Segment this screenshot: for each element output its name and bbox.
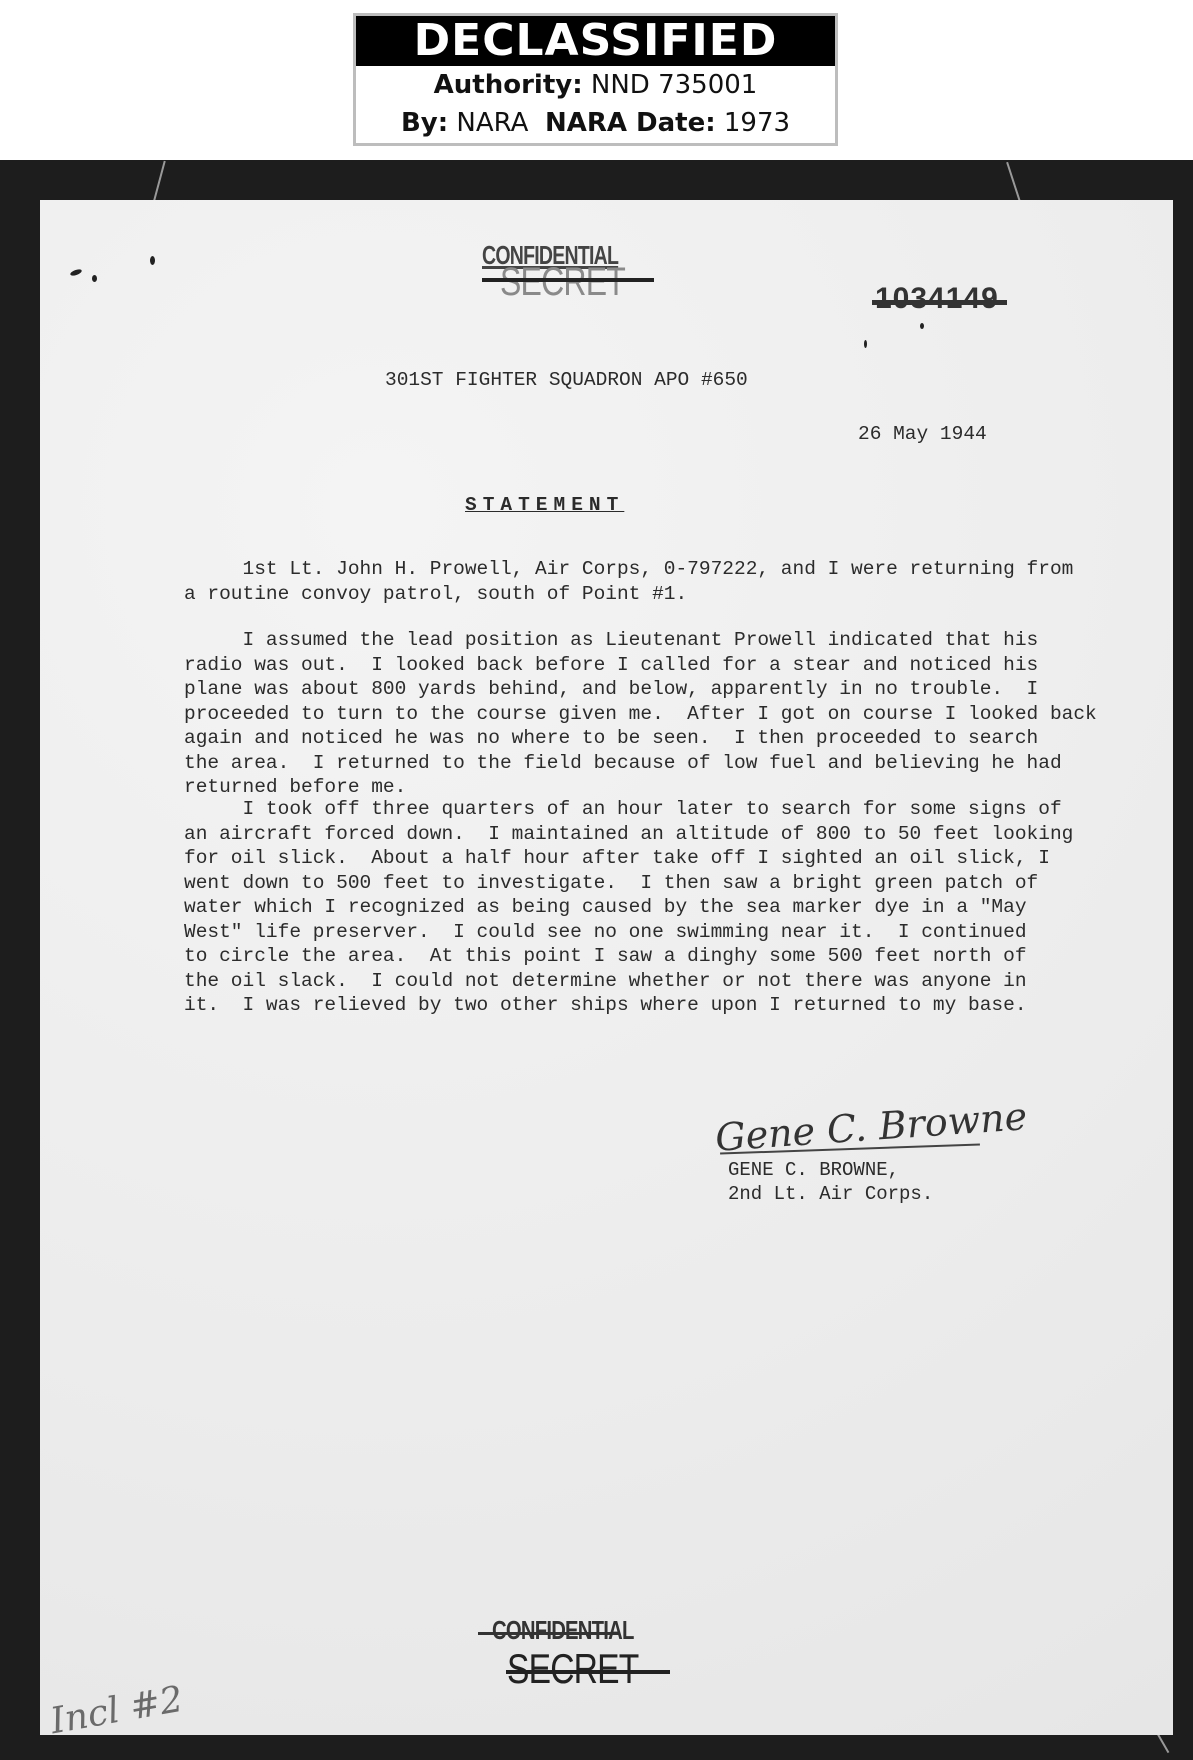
strikethrough-line: [478, 1632, 620, 1635]
by-value: NARA: [456, 108, 528, 138]
declassified-banner: DECLASSIFIED Authority: NND 735001 By: N…: [353, 13, 838, 146]
document-paper: CONFIDENTIAL SECRET 1034149 301ST FIGHTE…: [40, 200, 1173, 1735]
strikethrough-line: [506, 1670, 670, 1674]
nara-date-label: NARA Date:: [545, 108, 716, 138]
secret-stamp-bottom: SECRET: [507, 1645, 638, 1693]
handwritten-enclosure-note: Incl #2: [47, 1679, 186, 1743]
ink-speck: [92, 275, 97, 282]
authority-line: Authority: NND 735001: [356, 66, 835, 104]
document-title: STATEMENT: [465, 493, 624, 518]
authority-label: Authority:: [434, 70, 583, 100]
confidential-stamp-bottom: CONFIDENTIAL: [492, 1615, 634, 1646]
ink-speck: [150, 256, 155, 265]
scanned-page-background: CONFIDENTIAL SECRET 1034149 301ST FIGHTE…: [0, 160, 1193, 1760]
document-number-stamp: 1034149: [875, 282, 999, 316]
handwritten-signature: Gene C. Browne: [714, 1094, 1029, 1160]
signatory-block: GENE C. BROWNE, 2nd Lt. Air Corps.: [728, 1158, 933, 1206]
paragraph-3: I took off three quarters of an hour lat…: [184, 797, 1144, 1018]
declassified-title: DECLASSIFIED: [356, 16, 835, 66]
ink-speck: [70, 268, 83, 277]
by-line: By: NARA NARA Date: 1973: [356, 104, 835, 142]
ink-speck: [920, 323, 924, 329]
document-date: 26 May 1944: [858, 422, 987, 447]
paragraph-2: I assumed the lead position as Lieutenan…: [184, 628, 1144, 800]
squadron-heading: 301ST FIGHTER SQUADRON APO #650: [385, 368, 748, 393]
secret-stamp-top: SECRET: [500, 260, 625, 305]
strikethrough-line: [482, 278, 654, 282]
authority-value: NND 735001: [591, 70, 757, 100]
strikethrough-line: [872, 300, 1007, 305]
nara-date-value: 1973: [724, 108, 790, 138]
paragraph-1: 1st Lt. John H. Prowell, Air Corps, 0-79…: [184, 557, 1144, 606]
by-label: By:: [401, 108, 448, 138]
ink-speck: [864, 340, 867, 348]
